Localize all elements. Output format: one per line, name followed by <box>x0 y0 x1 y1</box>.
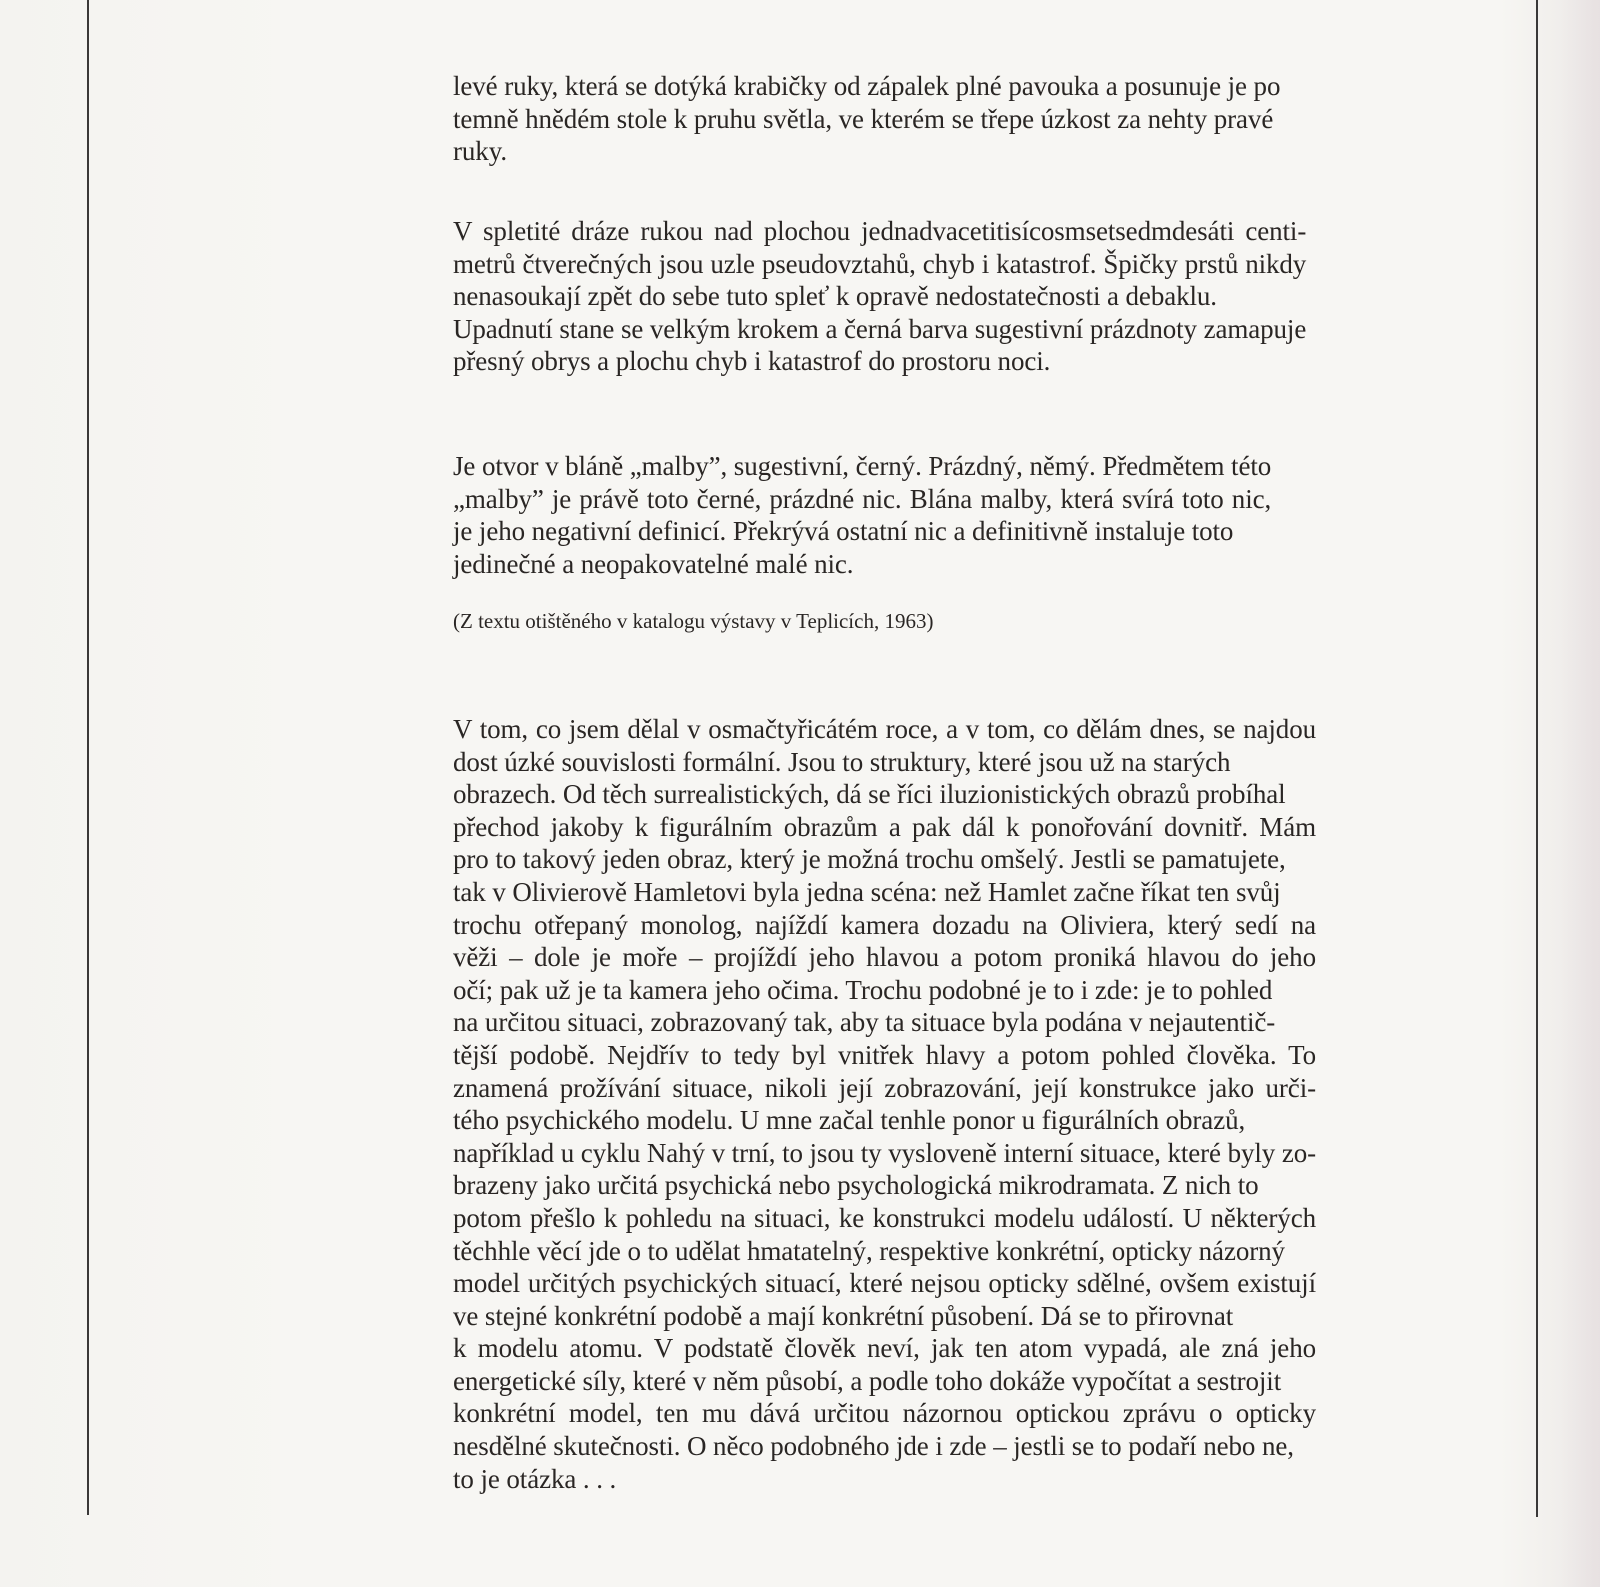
paragraph-3: Je otvor v bláně „malby”, sugestivní, če… <box>453 450 1271 580</box>
text-line: tak v Olivierově Hamletovi byla jedna sc… <box>453 876 1316 909</box>
text-line: tější podobě. Nejdřív to tedy byl vnitře… <box>453 1039 1316 1072</box>
text-line: to je otázka . . . <box>453 1463 1316 1496</box>
text-line: trochu otřepaný monolog, najíždí kamera … <box>453 909 1316 942</box>
text-line: model určitých psychických situací, kter… <box>453 1267 1316 1300</box>
source-caption: (Z textu otištěného v katalogu výstavy v… <box>453 608 933 634</box>
text-line: temně hnědém stole k pruhu světla, ve kt… <box>453 103 1280 136</box>
text-line: obrazech. Od těch surrealistických, dá s… <box>453 778 1316 811</box>
text-line: Je otvor v bláně „malby”, sugestivní, če… <box>453 450 1271 483</box>
text-line: očí; pak už je ta kamera jeho očima. Tro… <box>453 974 1316 1007</box>
text-line: energetické síly, které v něm působí, a … <box>453 1365 1316 1398</box>
text-line: Upadnutí stane se velkým krokem a černá … <box>453 313 1306 346</box>
text-line: konkrétní model, ten mu dává určitou náz… <box>453 1397 1316 1430</box>
text-line: dost úzké souvislosti formální. Jsou to … <box>453 746 1316 779</box>
text-line: přesný obrys a plochu chyb i katastrof d… <box>453 345 1306 378</box>
text-line: tého psychického modelu. U mne začal ten… <box>453 1104 1316 1137</box>
text-line: „malby” je právě toto černé, prázdné nic… <box>453 483 1271 516</box>
text-line: nenasoukají zpět do sebe tuto spleť k op… <box>453 280 1306 313</box>
book-gutter-shadow <box>1560 0 1600 1587</box>
left-vertical-rule <box>87 0 89 1515</box>
paragraph-1: levé ruky, která se dotýká krabičky od z… <box>453 70 1280 168</box>
paragraph-2: V spletité dráze rukou nad plochou jedna… <box>453 215 1306 378</box>
text-line: metrů čtverečných jsou uzle pseudovztahů… <box>453 248 1306 281</box>
text-line: levé ruky, která se dotýká krabičky od z… <box>453 70 1280 103</box>
text-line: těchhle věcí jde o to udělat hmatatelný,… <box>453 1235 1316 1268</box>
text-line: jedinečné a neopakovatelné malé nic. <box>453 548 1271 581</box>
paragraph-4: V tom, co jsem dělal v osmačtyřicátém ro… <box>453 713 1316 1495</box>
right-vertical-rule <box>1536 0 1538 1517</box>
text-line: je jeho negativní definicí. Překrývá ost… <box>453 515 1271 548</box>
text-line: ruky. <box>453 135 1280 168</box>
text-line: věži – dole je moře – projíždí jeho hlav… <box>453 941 1316 974</box>
text-line: potom přešlo k pohledu na situaci, ke ko… <box>453 1202 1316 1235</box>
text-line: brazeny jako určitá psychická nebo psych… <box>453 1169 1316 1202</box>
text-line: k modelu atomu. V podstatě člověk neví, … <box>453 1332 1316 1365</box>
text-line: pro to takový jeden obraz, který je možn… <box>453 843 1316 876</box>
text-line: na určitou situaci, zobrazovaný tak, aby… <box>453 1006 1316 1039</box>
text-line: například u cyklu Nahý v trní, to jsou t… <box>453 1137 1316 1170</box>
text-line: znamená prožívání situace, nikoli její z… <box>453 1072 1316 1105</box>
text-line: přechod jakoby k figurálním obrazům a pa… <box>453 811 1316 844</box>
text-line: ve stejné konkrétní podobě a mají konkré… <box>453 1300 1316 1333</box>
text-line: V tom, co jsem dělal v osmačtyřicátém ro… <box>453 713 1316 746</box>
text-line: V spletité dráze rukou nad plochou jedna… <box>453 215 1306 248</box>
text-line: nesdělné skutečnosti. O něco podobného j… <box>453 1430 1316 1463</box>
